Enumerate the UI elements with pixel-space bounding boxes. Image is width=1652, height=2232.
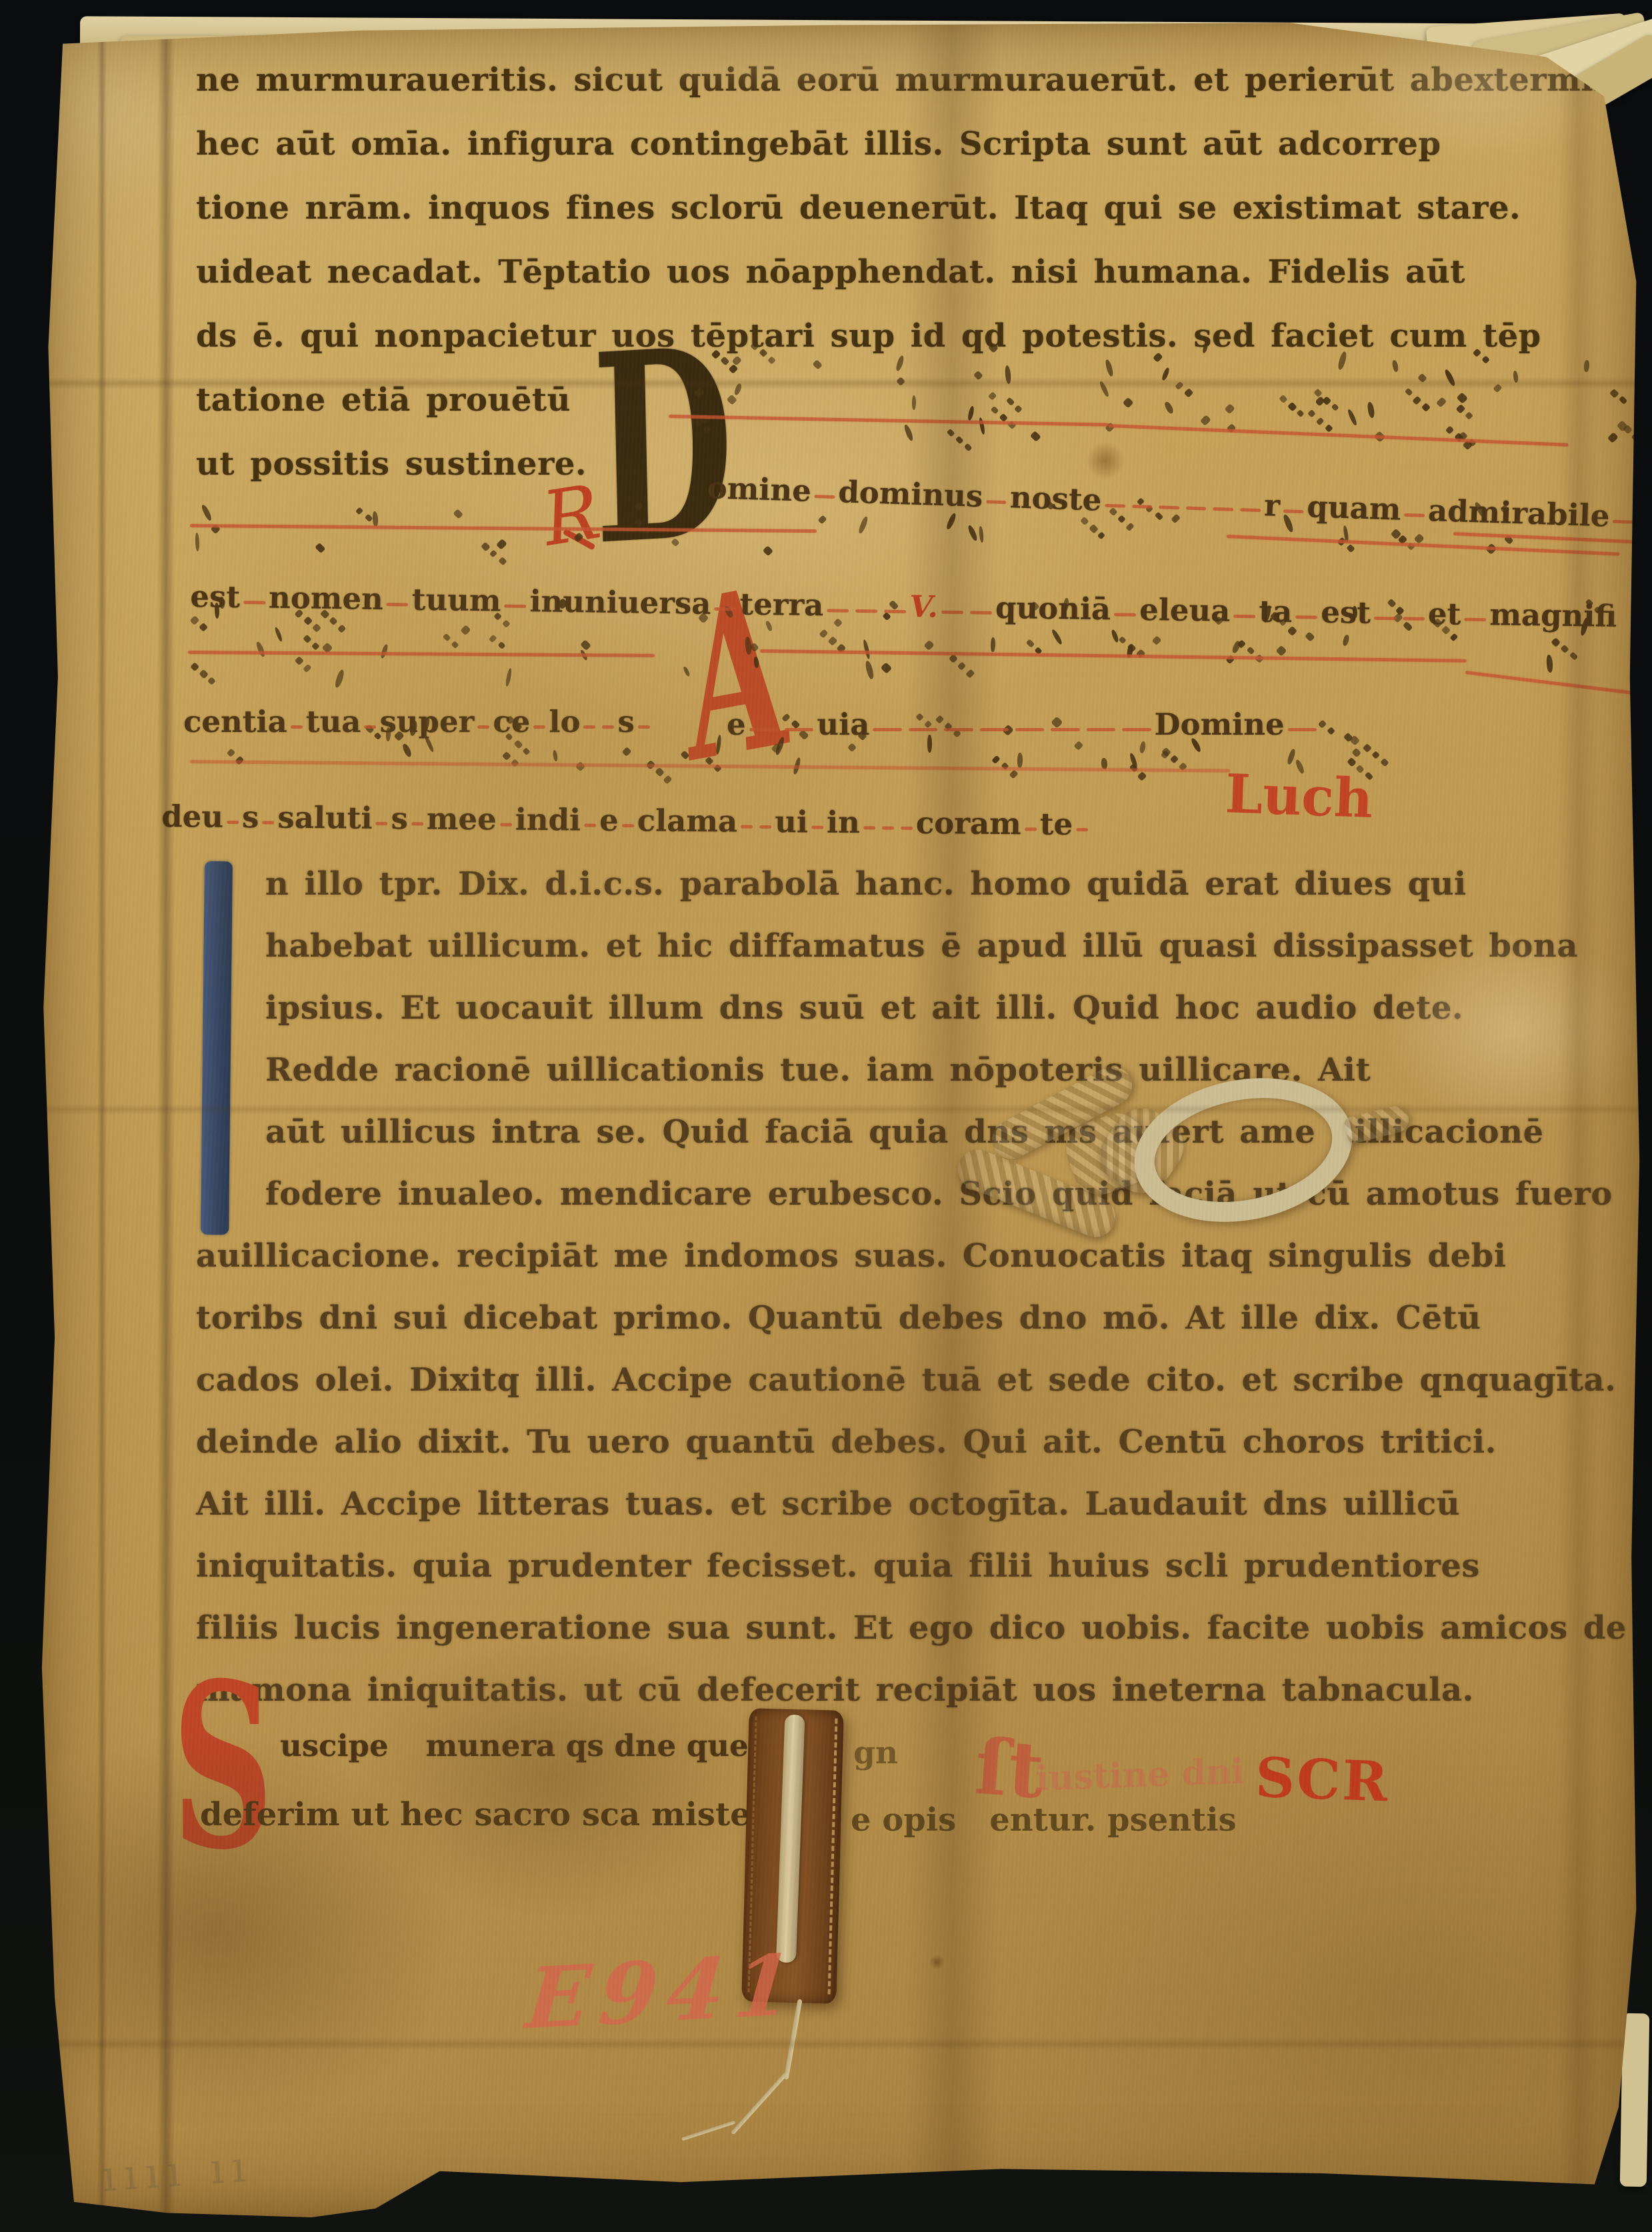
neume-mark [1583, 359, 1590, 372]
lyric-syllable: in [827, 805, 860, 840]
neume-mark [895, 355, 905, 371]
text-line: fodere inualeo. mendicare erubesco. Scio… [265, 1175, 1616, 1237]
neume-mark [963, 443, 972, 452]
lyric-row-4: deussalutismeeindieclamauiincoramte [161, 799, 1008, 841]
neume-mark [911, 395, 916, 410]
text-line: auillicacione. recipiāt me indomos suas.… [196, 1237, 1616, 1299]
lyric-syllable: noste [1009, 479, 1102, 517]
offertory-line-2-right: e opis entur. psentis [851, 1801, 1236, 1839]
neume-mark [1609, 389, 1619, 398]
lyric-syllable: s [242, 799, 259, 835]
lyric-extender [980, 728, 1009, 731]
neume-mark [828, 636, 838, 646]
neume-mark [923, 640, 935, 651]
neume-mark [312, 623, 321, 633]
neume-mark [987, 391, 997, 401]
neume-mark [1493, 383, 1503, 393]
neume-mark [1275, 645, 1287, 656]
neume-mark [727, 395, 737, 405]
neume-mark [857, 516, 869, 535]
neume-mark [991, 406, 999, 415]
lyric-syllable: saluti [277, 800, 373, 836]
lyric-extender [375, 822, 387, 825]
neume-mark [1465, 411, 1473, 420]
lyric-extender [1404, 513, 1425, 517]
lyric-extender [855, 609, 877, 613]
lyric-extender [1288, 728, 1317, 731]
neume-mark [1327, 727, 1335, 735]
lyric-syllable: uia [817, 707, 869, 742]
neume-mark [1005, 365, 1011, 383]
neume-mark [1014, 405, 1022, 413]
lyric-extender [1374, 617, 1396, 620]
neume-mark [329, 617, 337, 625]
neume-mark [1017, 753, 1023, 769]
neume-mark [303, 635, 311, 643]
neume-mark [1315, 417, 1324, 425]
neume-mark [817, 515, 827, 524]
neume-mark [622, 747, 632, 757]
neume-mark [502, 619, 510, 627]
neume-mark [819, 629, 828, 638]
neume-mark [505, 668, 513, 687]
lyric-extender [1213, 507, 1234, 511]
lyric-extender [811, 826, 823, 829]
neume-mark [190, 662, 199, 671]
neume-mark [1119, 636, 1127, 644]
neume-mark [295, 656, 304, 665]
neume-mark [1412, 395, 1421, 405]
lyric-syllable: e [727, 707, 746, 742]
manuscript-page: ne murmuraueritis. sicut quidā eorū murm… [39, 17, 1643, 2217]
lyric-syllable: et [1428, 596, 1461, 632]
neume-mark [355, 507, 363, 515]
neume-mark [967, 524, 979, 541]
text-line: ne murmuraueritis. sicut quidā eorū murm… [196, 61, 1573, 125]
lyric-syllable: omine [707, 470, 812, 509]
neume-mark [1026, 639, 1035, 647]
neume-mark [733, 383, 743, 397]
lyric-syllable: centia [183, 704, 287, 739]
neume-mark [199, 669, 209, 679]
lyric-extender [602, 725, 614, 729]
neume-mark [979, 526, 984, 543]
neume-mark [988, 343, 999, 353]
neume-mark [1346, 544, 1355, 553]
neume-mark [1247, 647, 1255, 655]
lyric-syllable: est [1321, 595, 1371, 631]
neume-mark [812, 359, 823, 370]
neume-mark [1456, 393, 1467, 404]
lyric-extender [1025, 827, 1037, 831]
lyric-extender [901, 827, 913, 830]
lyric-extender [504, 605, 526, 608]
lyric-extender [1240, 508, 1261, 512]
lyric-syllable: munera qs dne que ti [426, 1728, 785, 1763]
neume-mark [750, 341, 759, 350]
neume-mark [946, 429, 955, 437]
lyric-extender [411, 822, 423, 825]
neume-mark [1325, 424, 1333, 432]
neume-mark [1391, 360, 1399, 373]
lyric-extender [638, 725, 650, 729]
neume-mark [1202, 343, 1209, 354]
lyric-syllable: r [1263, 487, 1280, 523]
neume-mark [1546, 655, 1553, 673]
lyric-syllable: magnifi [1489, 597, 1617, 634]
neume-mark [1347, 409, 1358, 426]
neume-mark [671, 538, 680, 547]
neume-mark [1456, 404, 1466, 414]
neume-mark [1099, 380, 1110, 397]
neume-mark [945, 513, 957, 531]
neume-mark [442, 633, 451, 642]
pencil-marks: ıııı ıı [101, 2142, 255, 2202]
neume-mark [364, 514, 373, 523]
lyric-extender [815, 495, 835, 499]
neume-mark [967, 406, 976, 421]
neume-mark [1126, 523, 1135, 532]
lyric-extender [1464, 618, 1486, 621]
lyric-syllable: deu [161, 799, 223, 835]
neume-mark [728, 364, 738, 374]
lyric-extender [1403, 617, 1425, 620]
neume-mark [1111, 629, 1120, 643]
neume-mark [1569, 652, 1579, 661]
lyric-extender [714, 607, 736, 611]
neume-mark [195, 533, 200, 551]
strap-thread-2 [731, 2072, 788, 2135]
lyric-syllable: ui [775, 804, 808, 839]
neume-mark [1347, 757, 1357, 767]
lyric-syllable: lo [549, 704, 580, 739]
lyric-extender [1295, 615, 1317, 619]
neume-mark [513, 739, 523, 749]
lyric-extender [1122, 728, 1151, 731]
neume-mark [489, 549, 497, 557]
neume-mark [498, 641, 506, 649]
neume-mark [680, 750, 689, 759]
neume-mark [881, 662, 892, 673]
neume-mark [522, 747, 530, 755]
lyric-syllable: eleua [1139, 592, 1231, 629]
lyric-extender [583, 725, 595, 729]
neume-mark [1435, 397, 1447, 408]
lyric-syllable: mee [427, 801, 497, 837]
neume-mark [334, 669, 346, 688]
neume-mark [1225, 403, 1235, 414]
text-line: ipsius. Et uocauit illum dns suū et ait … [265, 989, 1616, 1051]
offertory-line-1-fragment: gn [853, 1735, 898, 1771]
lyric-extender [827, 609, 849, 612]
neume-mark [990, 637, 995, 652]
neume-mark [703, 425, 711, 433]
neume-mark [745, 636, 752, 655]
lyric-extender [227, 821, 239, 824]
lyric-extender [387, 603, 409, 606]
neume-mark [753, 657, 759, 669]
neume-mark [1513, 370, 1519, 382]
neume-mark [715, 734, 722, 754]
neume-mark [759, 348, 768, 357]
initial-s: S [172, 1654, 273, 1881]
neume-mark [1331, 403, 1339, 411]
text-line: Ait illi. Accipe litteras tuas. et scrib… [196, 1485, 1616, 1547]
neume-mark [1105, 359, 1114, 377]
neume-mark [1313, 388, 1322, 397]
neume-mark [720, 357, 729, 366]
neume-mark [1449, 633, 1458, 642]
lyric-extender [759, 825, 771, 829]
lyric-syllable: coram [916, 805, 1021, 841]
lyric-extender [364, 725, 376, 729]
text-line: n illo tpr. Dix. d.i.c.s. parabolā hanc.… [265, 865, 1616, 927]
neume-band-1 [689, 341, 1642, 455]
neume-mark [227, 748, 235, 757]
neume-mark [1445, 425, 1455, 435]
lyric-extender [1015, 728, 1044, 731]
lyric-syllable: V. [909, 589, 938, 625]
lyric-extender [749, 728, 778, 731]
text-line: toribs dni sui dicebat primo. Quantū deb… [196, 1299, 1616, 1361]
lyric-extender [970, 611, 992, 614]
text-line: iniquitatis. quia prudenter fecisset. qu… [196, 1547, 1616, 1609]
neume-mark [574, 532, 584, 542]
neume-mark [315, 543, 325, 553]
neume-mark [896, 377, 905, 386]
rubric-luke: Luch [1225, 767, 1374, 825]
lyric-extender [986, 500, 1007, 504]
gospel-text-block: n illo tpr. Dix. d.i.c.s. parabolā hanc.… [196, 865, 1616, 1733]
neume-mark [190, 615, 200, 625]
neume-mark [337, 625, 346, 634]
lyric-extender [884, 610, 906, 613]
lyric-row-3a: centiatuasupercelos [183, 704, 650, 739]
neume-mark [1371, 751, 1380, 759]
neume-mark [255, 641, 266, 658]
neume-mark [1009, 769, 1018, 779]
neume-mark [1551, 638, 1560, 647]
neume-mark [862, 639, 871, 659]
neume-mark [1200, 415, 1211, 426]
neume-mark [635, 519, 643, 527]
neume-mark [1640, 439, 1649, 448]
strap-cord [776, 1714, 805, 1963]
neume-mark [1139, 741, 1147, 753]
neume-mark [1307, 409, 1316, 418]
red-inventory-number: E941 [523, 1936, 805, 2048]
neume-mark [864, 661, 874, 681]
neume-mark [1286, 749, 1296, 765]
lyric-extender [622, 824, 634, 827]
neume-mark [711, 349, 721, 359]
neume-mark [496, 539, 507, 550]
lyric-extender [1132, 505, 1153, 509]
neume-mark [1161, 367, 1170, 381]
text-line: uideat necadat. Tēptatio uos nōapphendat… [196, 253, 1573, 317]
neume-mark [201, 504, 213, 522]
lyric-syllable: inuniuersa [529, 583, 711, 621]
neume-mark [274, 627, 283, 643]
neume-mark [1296, 409, 1304, 417]
neume-mark [372, 511, 378, 526]
neume-mark [1279, 395, 1287, 403]
lyric-extender [533, 725, 545, 729]
neume-mark [303, 663, 311, 672]
neume-mark [1404, 387, 1413, 396]
neume-mark [693, 387, 705, 399]
lyric-extender [291, 725, 303, 729]
lyric-syllable: clama [637, 803, 738, 839]
neume-mark [1081, 517, 1089, 525]
neume-mark [1367, 401, 1375, 418]
neume-mark [460, 625, 471, 635]
lyric-extender [1233, 615, 1255, 618]
neume-mark [1337, 351, 1348, 371]
lyric-syllable: est [190, 579, 240, 615]
text-line: hec aūt omīa. infigura contingebāt illis… [196, 125, 1573, 189]
neume-mark [1607, 432, 1619, 443]
neume-mark [1618, 396, 1627, 405]
lyric-syllable: uscipe [280, 1728, 389, 1763]
neume-mark [1098, 531, 1106, 539]
rubric-secreta: SCR [1254, 1746, 1391, 1815]
neume-mark [502, 751, 511, 761]
neume-mark [1051, 629, 1063, 645]
lyric-syllable: quoniā [995, 590, 1111, 627]
neume-mark [1163, 401, 1174, 415]
neume-mark [1153, 352, 1163, 362]
lyric-extender [243, 601, 265, 604]
neume-mark [451, 641, 459, 649]
lyric-extender [909, 728, 937, 731]
strap-thread-3 [681, 2121, 735, 2141]
neume-mark [1089, 524, 1099, 534]
neume-mark [199, 623, 209, 633]
lyric-syllable: Domine [1155, 707, 1285, 742]
lyric-syllable: quam [1307, 489, 1402, 527]
lyric-syllable: te [1040, 806, 1073, 841]
lyric-row-3b: euiaDomine [727, 707, 1320, 742]
lyric-extender [1283, 509, 1304, 513]
neume-mark [1363, 743, 1372, 753]
lyric-extender [1105, 504, 1125, 508]
neume-mark [663, 775, 673, 784]
photograph-stage: ne murmuraueritis. sicut quidā eorū murm… [0, 0, 1652, 2232]
neume-mark [1287, 402, 1297, 412]
neume-mark [1074, 741, 1084, 751]
neume-mark [1481, 355, 1490, 364]
neume-mark [955, 436, 963, 445]
lyric-extender [1051, 728, 1079, 731]
neume-mark [401, 743, 413, 757]
lyric-syllable: ce [493, 704, 530, 739]
lyric-extender [1613, 520, 1633, 524]
text-line: habebat uillicum. et hic diffamatus ē ap… [265, 927, 1616, 989]
lyric-extender [882, 826, 894, 829]
rubric-faint: iustine dni [1035, 1751, 1245, 1799]
lyric-syllable: nomen [269, 580, 383, 617]
text-line: cados olei. Dixitq illi. Accipe cautionē… [196, 1361, 1616, 1423]
text-line: Redde racionē uillicationis tue. iam nōp… [265, 1051, 1616, 1113]
lyric-extender [863, 826, 875, 829]
lyric-syllable: s [617, 704, 634, 739]
neume-mark [1473, 349, 1481, 357]
neume-mark [1122, 397, 1133, 409]
neume-mark [973, 371, 983, 380]
neume-mark [903, 424, 915, 442]
lyric-extender [1087, 728, 1115, 731]
offertory-line-2-left: deferim ut hec sacro sca misteria [200, 1796, 800, 1833]
lyric-extender [262, 821, 274, 824]
text-line: aūt uillicus intra se. Quid faciā quia d… [265, 1113, 1616, 1175]
neume-mark [481, 542, 491, 552]
lyric-extender [1114, 613, 1136, 616]
lyric-syllable: dominus [838, 474, 984, 514]
neume-mark [767, 356, 776, 365]
neume-mark [489, 634, 497, 643]
lyric-syllable: ta [1259, 593, 1293, 629]
neume-mark [453, 509, 463, 519]
lyric-extender [1076, 828, 1088, 831]
lyric-syllable: e [599, 803, 619, 838]
neume-mark [1443, 368, 1456, 387]
neume-mark [683, 666, 691, 678]
lyric-extender [873, 728, 901, 731]
lyric-extender [500, 823, 512, 826]
strap-stitching [828, 1719, 838, 1995]
lyric-extender [1159, 505, 1179, 509]
text-line: filiis lucis ingeneratione sua sunt. Et … [196, 1609, 1616, 1671]
lyric-extender [584, 824, 596, 827]
lyric-extender [477, 725, 489, 729]
neume-mark [207, 677, 215, 685]
lyric-extender [741, 825, 753, 829]
text-line: tione nrām. inquos fines sclorū deuenerū… [196, 189, 1573, 253]
neume-mark [763, 545, 773, 556]
neume-mark [1005, 397, 1014, 406]
neume-mark [1170, 755, 1179, 763]
lyric-syllable: indi [515, 802, 581, 838]
neume-mark [1305, 631, 1315, 641]
neume-mark [1417, 373, 1427, 383]
lyric-syllable: admirabile [1427, 493, 1610, 534]
neume-mark [1380, 758, 1389, 767]
neume-mark [655, 767, 665, 777]
lyric-syllable: tua [306, 704, 361, 739]
neume-mark [1561, 645, 1570, 654]
lyric-extender [1186, 507, 1207, 511]
neume-mark [847, 743, 857, 752]
neume-mark [978, 417, 985, 435]
neume-mark [965, 669, 975, 678]
neume-mark [1631, 432, 1639, 441]
neume-mark [1341, 634, 1349, 646]
neume-mark [1421, 402, 1431, 411]
lyric-syllable: terra [739, 587, 824, 623]
neume-mark [303, 616, 313, 625]
neume-mark [498, 557, 507, 565]
neume-mark [1183, 388, 1193, 398]
neume-mark [991, 755, 1000, 764]
lyric-extender [941, 611, 963, 614]
neume-mark [1175, 381, 1183, 389]
offertory-line-1: uscipemunera qs dne que ti [280, 1728, 777, 1763]
lyric-syllable: super [379, 704, 474, 739]
neume-mark [1151, 635, 1161, 645]
neume-mark [553, 750, 559, 762]
neume-mark [957, 661, 965, 670]
